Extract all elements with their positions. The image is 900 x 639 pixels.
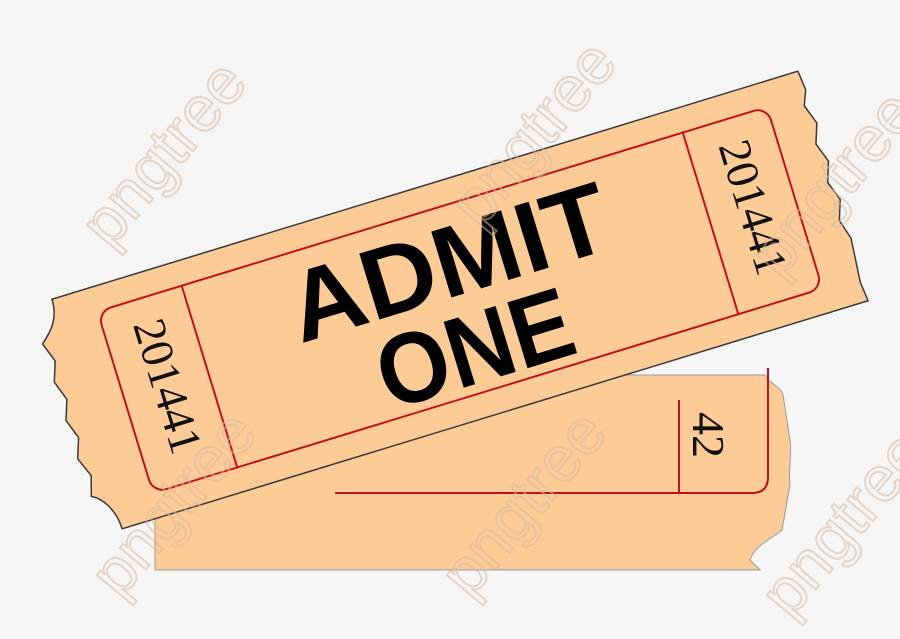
back-ticket-serial: 42: [683, 412, 734, 458]
svg-text:pngtree: pngtree: [66, 46, 261, 259]
ticket-illustration: 42 201441 201441 ADMIT ONE pngtree pngtr…: [0, 0, 900, 639]
